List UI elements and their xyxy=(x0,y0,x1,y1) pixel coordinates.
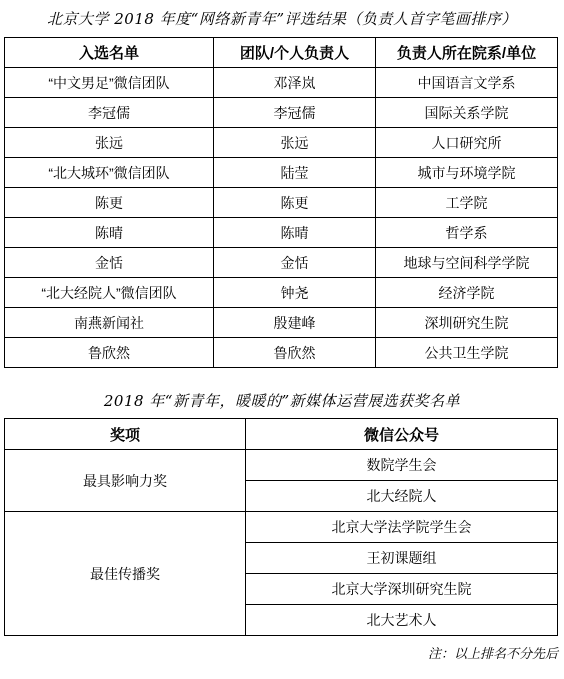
department-cell: 深圳研究生院 xyxy=(376,308,558,338)
award-name-cell: 最具影响力奖 xyxy=(5,450,246,512)
wechat-account-cell: 北大经院人 xyxy=(246,481,558,512)
selection-results-title: 北京大学 2018 年度“网络新青年”评选结果（负责人首字笔画排序） xyxy=(0,8,564,30)
leader-cell: 陆莹 xyxy=(214,158,376,188)
award-list-table: 奖项 微信公众号 最具影响力奖数院学生会北大经院人最佳传播奖北京大学法学院学生会… xyxy=(4,418,558,636)
award-name-cell: 最佳传播奖 xyxy=(5,512,246,636)
column-header-award: 奖项 xyxy=(5,419,246,450)
table-row: 陈晴陈晴哲学系 xyxy=(5,218,558,248)
wechat-account-cell: 北京大学法学院学生会 xyxy=(246,512,558,543)
table-row: 张远张远人口研究所 xyxy=(5,128,558,158)
award-list-title: 2018 年“新青年，暖暖的”新媒体运营展选获奖名单 xyxy=(0,390,564,412)
leader-cell: 鲁欣然 xyxy=(214,338,376,368)
selected-name-cell: 李冠儒 xyxy=(5,98,214,128)
leader-cell: 李冠儒 xyxy=(214,98,376,128)
table-row: 最具影响力奖数院学生会 xyxy=(5,450,558,481)
selected-name-cell: 陈晴 xyxy=(5,218,214,248)
department-cell: 中国语言文学系 xyxy=(376,68,558,98)
selection-results-table: 入选名单 团队/个人负责人 负责人所在院系/单位 “中文男足”微信团队邓泽岚中国… xyxy=(4,37,558,368)
wechat-account-cell: 数院学生会 xyxy=(246,450,558,481)
footnote: 注：以上排名不分先后 xyxy=(0,643,558,662)
column-header-wechat-account: 微信公众号 xyxy=(246,419,558,450)
selected-name-cell: “北大经院人”微信团队 xyxy=(5,278,214,308)
leader-cell: 金恬 xyxy=(214,248,376,278)
selected-name-cell: “中文男足”微信团队 xyxy=(5,68,214,98)
leader-cell: 陈晴 xyxy=(214,218,376,248)
column-header-department: 负责人所在院系/单位 xyxy=(376,38,558,68)
department-cell: 国际关系学院 xyxy=(376,98,558,128)
selected-name-cell: “北大城环”微信团队 xyxy=(5,158,214,188)
wechat-account-cell: 王初课题组 xyxy=(246,543,558,574)
leader-cell: 邓泽岚 xyxy=(214,68,376,98)
department-cell: 人口研究所 xyxy=(376,128,558,158)
table-row: “北大城环”微信团队陆莹城市与环境学院 xyxy=(5,158,558,188)
table-row: 鲁欣然鲁欣然公共卫生学院 xyxy=(5,338,558,368)
selected-name-cell: 张远 xyxy=(5,128,214,158)
selected-name-cell: 陈更 xyxy=(5,188,214,218)
department-cell: 地球与空间科学学院 xyxy=(376,248,558,278)
leader-cell: 钟尧 xyxy=(214,278,376,308)
table-row: 李冠儒李冠儒国际关系学院 xyxy=(5,98,558,128)
department-cell: 哲学系 xyxy=(376,218,558,248)
department-cell: 经济学院 xyxy=(376,278,558,308)
table-row: 陈更陈更工学院 xyxy=(5,188,558,218)
document-page: 北京大学 2018 年度“网络新青年”评选结果（负责人首字笔画排序） 入选名单 … xyxy=(0,0,564,679)
department-cell: 城市与环境学院 xyxy=(376,158,558,188)
leader-cell: 殷建峰 xyxy=(214,308,376,338)
table-row: “北大经院人”微信团队钟尧经济学院 xyxy=(5,278,558,308)
table-row: 南燕新闻社殷建峰深圳研究生院 xyxy=(5,308,558,338)
table-row: 金恬金恬地球与空间科学学院 xyxy=(5,248,558,278)
leader-cell: 张远 xyxy=(214,128,376,158)
header-row: 入选名单 团队/个人负责人 负责人所在院系/单位 xyxy=(5,38,558,68)
selected-name-cell: 金恬 xyxy=(5,248,214,278)
department-cell: 工学院 xyxy=(376,188,558,218)
table-row: 最佳传播奖北京大学法学院学生会 xyxy=(5,512,558,543)
selected-name-cell: 鲁欣然 xyxy=(5,338,214,368)
wechat-account-cell: 北京大学深圳研究生院 xyxy=(246,574,558,605)
column-header-name: 入选名单 xyxy=(5,38,214,68)
wechat-account-cell: 北大艺术人 xyxy=(246,605,558,636)
department-cell: 公共卫生学院 xyxy=(376,338,558,368)
leader-cell: 陈更 xyxy=(214,188,376,218)
header-row: 奖项 微信公众号 xyxy=(5,419,558,450)
selected-name-cell: 南燕新闻社 xyxy=(5,308,214,338)
table-row: “中文男足”微信团队邓泽岚中国语言文学系 xyxy=(5,68,558,98)
column-header-leader: 团队/个人负责人 xyxy=(214,38,376,68)
